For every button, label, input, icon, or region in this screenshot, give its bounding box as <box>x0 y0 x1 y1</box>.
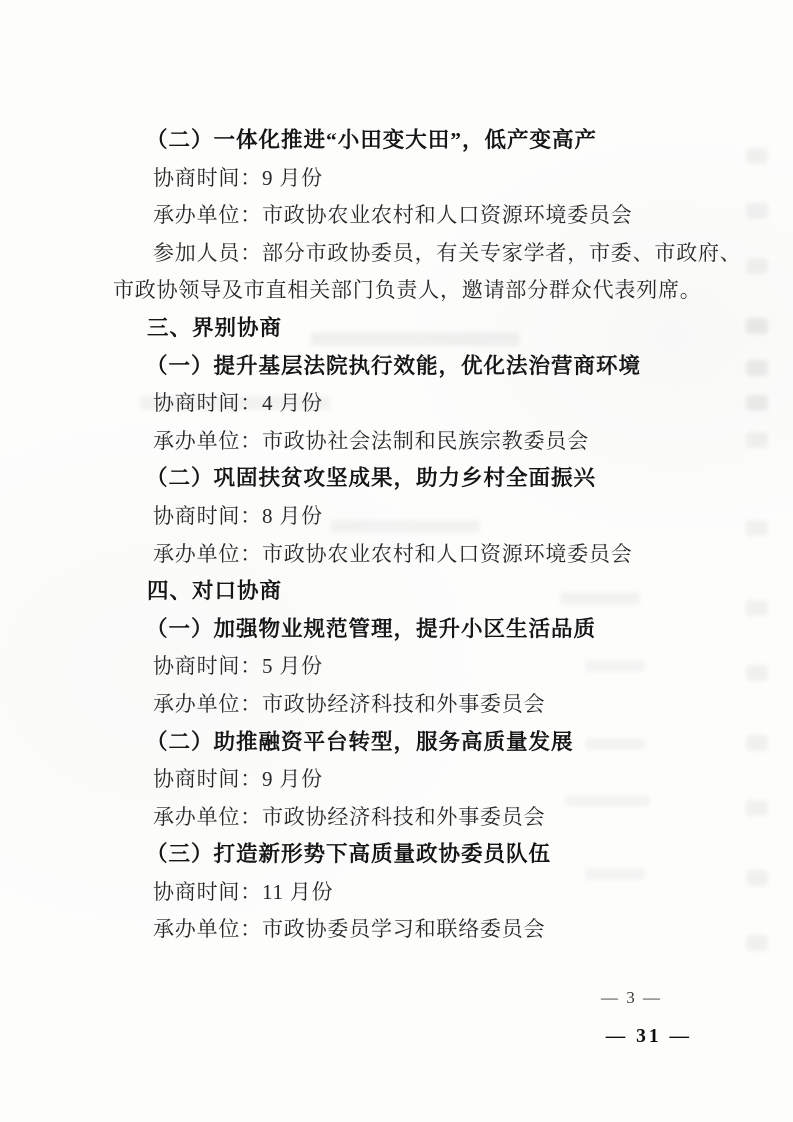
bleedthrough-artifact <box>746 432 768 448</box>
bleedthrough-artifact <box>746 258 768 274</box>
bleedthrough-artifact <box>746 360 768 376</box>
body-line: 承办单位：市政协委员学习和联络委员会 <box>113 911 683 949</box>
topic-heading: （一）加强物业规范管理，提升小区生活品质 <box>113 611 683 649</box>
topic-heading: （三）打造新形势下高质量政协委员队伍 <box>113 836 683 874</box>
bleedthrough-artifact <box>746 318 768 334</box>
topic-heading: （二）巩固扶贫攻坚成果，助力乡村全面振兴 <box>113 460 683 498</box>
body-line: 协商时间：11 月份 <box>113 874 683 912</box>
topic-heading: （一）提升基层法院执行效能，优化法治营商环境 <box>113 348 683 386</box>
scanned-document-page: （二）一体化推进“小田变大田”，低产变高产协商时间：9 月份承办单位：市政协农业… <box>0 0 793 1122</box>
body-line: 承办单位：市政协经济科技和外事委员会 <box>113 686 683 724</box>
body-line: 承办单位：市政协农业农村和人口资源环境委员会 <box>113 536 683 574</box>
bleedthrough-artifact <box>746 870 768 886</box>
bleedthrough-artifact <box>746 203 768 219</box>
page-number-inner: — 3 — <box>601 988 662 1008</box>
page-number-outer: — 31 — <box>606 1026 692 1048</box>
bleedthrough-artifact <box>746 600 768 616</box>
bleedthrough-artifact <box>746 665 768 681</box>
body-line: 协商时间：5 月份 <box>113 648 683 686</box>
section-heading: 三、界别协商 <box>113 310 683 348</box>
body-line: 参加人员：部分市政协委员，有关专家学者，市委、市政府、 <box>113 235 683 273</box>
bleedthrough-artifact <box>746 395 768 411</box>
topic-heading: （二）助推融资平台转型，服务高质量发展 <box>113 724 683 762</box>
body-line: 承办单位：市政协社会法制和民族宗教委员会 <box>113 423 683 461</box>
bleedthrough-artifact <box>746 800 768 816</box>
bleedthrough-artifact <box>746 735 768 751</box>
body-line: 承办单位：市政协经济科技和外事委员会 <box>113 799 683 837</box>
bleedthrough-artifact <box>746 520 768 536</box>
section-heading: 四、对口协商 <box>113 573 683 611</box>
body-line: 承办单位：市政协农业农村和人口资源环境委员会 <box>113 197 683 235</box>
body-line: 协商时间：9 月份 <box>113 160 683 198</box>
bleedthrough-artifact <box>746 935 768 951</box>
body-line: 协商时间：8 月份 <box>113 498 683 536</box>
topic-heading: （二）一体化推进“小田变大田”，低产变高产 <box>113 122 683 160</box>
bleedthrough-artifact <box>746 148 768 164</box>
body-line: 协商时间：4 月份 <box>113 385 683 423</box>
body-line-continuation: 市政协领导及市直相关部门负责人，邀请部分群众代表列席。 <box>113 272 683 310</box>
document-body: （二）一体化推进“小田变大田”，低产变高产协商时间：9 月份承办单位：市政协农业… <box>113 122 683 949</box>
body-line: 协商时间：9 月份 <box>113 761 683 799</box>
